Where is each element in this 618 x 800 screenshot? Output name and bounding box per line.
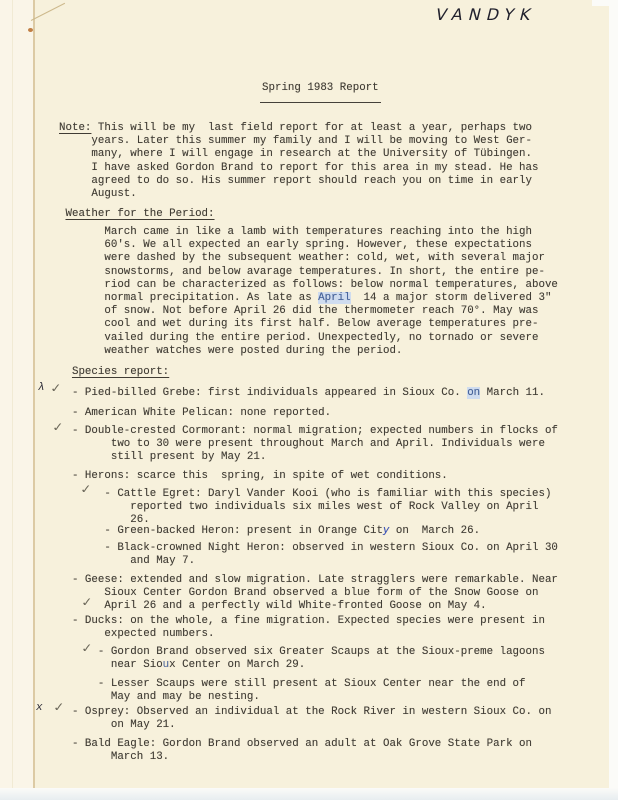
note-paragraph-segment-u: Note: [59, 122, 91, 134]
paper-scratch-mark [31, 3, 65, 21]
handwritten-name: VANDYK [434, 5, 539, 24]
scanner-edge-bottom [0, 788, 618, 800]
species-osprey-line: on May 21. [59, 719, 551, 732]
species-ducks: - Ducks: on the whole, a fine migration.… [59, 615, 545, 641]
pencil-mark-icon: ✓ [52, 420, 63, 436]
species-geese-line: Sioux Center Gordon Brand observed a blu… [59, 587, 558, 600]
species-pied-billed-grebe-segment: - Pied-billed Grebe: first individuals a… [59, 387, 467, 399]
note-paragraph-line: I have asked Gordon Brand to report for … [59, 162, 538, 175]
species-bald-eagle: - Bald Eagle: Gordon Brand observed an a… [59, 738, 532, 764]
note-paragraph-line: agreed to do so. His summer report shoul… [59, 175, 538, 188]
pencil-mark-icon: ✓ [53, 700, 64, 716]
species-double-crested-cormorant-segment: still present by May 21. [59, 451, 266, 463]
species-black-crowned-night-heron-line: and May 7. [59, 555, 558, 568]
weather-paragraph-segment: 60's. We all expected an early spring. H… [59, 239, 532, 251]
species-herons-segment: - Herons: scarce this spring, in spite o… [59, 470, 448, 482]
species-osprey-segment: on May 21. [59, 719, 176, 731]
species-heading-line: Species report: [59, 366, 169, 379]
species-double-crested-cormorant-line: - Double-crested Cormorant: normal migra… [59, 425, 558, 438]
species-green-backed-heron-line: - Green-backed Heron: present in Orange … [59, 523, 480, 536]
species-geese: - Geese: extended and slow migration. La… [59, 574, 558, 614]
species-black-crowned-night-heron-segment: - Black-crowned Night Heron: observed in… [59, 542, 558, 554]
species-geese-segment: April 26 and a perfectly wild White-fron… [59, 600, 487, 612]
weather-paragraph-line: riod can be characterized as follows: be… [59, 279, 558, 292]
weather-paragraph-segment: March came in like a lamb with temperatu… [59, 226, 532, 238]
species-ducks-segment: expected numbers. [59, 628, 215, 640]
species-bald-eagle-segment: - Bald Eagle: Gordon Brand observed an a… [59, 738, 532, 750]
note-paragraph-segment: years. Later this summer my family and I… [59, 135, 532, 147]
species-geese-line: April 26 and a perfectly wild White-fron… [59, 600, 558, 613]
weather-paragraph-segment: weather watches were posted during the p… [59, 345, 402, 357]
scanner-edge-top-right [592, 0, 618, 6]
note-paragraph-segment: This will be my last field report for at… [91, 122, 532, 134]
weather-paragraph-line: of snow. Not before April 26 did the the… [59, 305, 558, 318]
weather-paragraph-segment: vailed during the entire period. Unexpec… [59, 332, 538, 344]
species-american-white-pelican-segment: - American White Pelican: none reported. [59, 407, 331, 419]
note-paragraph-line: many, where I will engage in research at… [59, 148, 538, 161]
pencil-mark-icon: ✓ [80, 482, 91, 498]
species-bald-eagle-line: March 13. [59, 751, 532, 764]
species-bald-eagle-line: - Bald Eagle: Gordon Brand observed an a… [59, 738, 532, 751]
species-pied-billed-grebe-segment-bluepatch: on [467, 387, 480, 399]
weather-heading-line: Weather for the Period: [59, 208, 215, 221]
species-ducks-line: - Ducks: on the whole, a fine migration.… [59, 615, 545, 628]
pencil-mark-icon: ✓ [81, 595, 92, 611]
weather-paragraph-segment: normal precipitation. As late as [59, 292, 318, 304]
species-black-crowned-night-heron-line: - Black-crowned Night Heron: observed in… [59, 542, 558, 555]
species-lesser-scaups-segment: May and may be nesting. [59, 691, 260, 703]
species-black-crowned-night-heron: - Black-crowned Night Heron: observed in… [59, 542, 558, 568]
species-cattle-egret-segment: reported two individuals six miles west … [59, 501, 538, 513]
weather-paragraph-segment: riod can be characterized as follows: be… [59, 279, 558, 291]
report-title: Spring 1983 Report [260, 82, 381, 103]
weather-paragraph-segment: of snow. Not before April 26 did the the… [59, 305, 538, 317]
note-paragraph-line: years. Later this summer my family and I… [59, 135, 538, 148]
weather-paragraph-line: 60's. We all expected an early spring. H… [59, 239, 558, 252]
species-geese-segment: - Geese: extended and slow migration. La… [59, 574, 558, 586]
species-cattle-egret-segment: - Cattle Egret: Daryl Vander Kooi (who i… [59, 488, 551, 500]
pencil-mark-icon: ✓ [81, 641, 92, 657]
note-paragraph: Note: This will be my last field report … [59, 122, 538, 201]
species-osprey-line: - Osprey: Observed an individual at the … [59, 706, 551, 719]
species-ducks-line: expected numbers. [59, 628, 545, 641]
weather-paragraph-line: March came in like a lamb with temperatu… [59, 226, 558, 239]
species-double-crested-cormorant-line: still present by May 21. [59, 451, 558, 464]
species-ducks-segment: - Ducks: on the whole, a fine migration.… [59, 615, 545, 627]
note-paragraph-segment: agreed to do so. His summer report shoul… [59, 175, 532, 187]
species-osprey: - Osprey: Observed an individual at the … [59, 706, 551, 732]
species-green-backed-heron-segment: - Green-backed Heron: present in Orange … [59, 525, 383, 537]
species-cattle-egret-line: - Cattle Egret: Daryl Vander Kooi (who i… [59, 488, 551, 501]
paper-stain [28, 28, 33, 32]
paper-crease-line [33, 0, 35, 788]
species-black-crowned-night-heron-segment: and May 7. [59, 555, 195, 567]
paper-crease-faint [12, 0, 13, 788]
species-pied-billed-grebe-segment: March 11. [480, 387, 545, 399]
species-double-crested-cormorant: - Double-crested Cormorant: normal migra… [59, 425, 558, 465]
species-american-white-pelican: - American White Pelican: none reported. [59, 407, 331, 420]
species-geese-line: - Geese: extended and slow migration. La… [59, 574, 558, 587]
species-lesser-scaups-segment: - Lesser Scaups were still present at Si… [59, 678, 526, 690]
weather-paragraph-segment-bluepatch: April [318, 292, 350, 304]
pen-mark-icon: x [36, 702, 43, 714]
species-green-backed-heron: - Green-backed Heron: present in Orange … [59, 523, 480, 536]
weather-paragraph-line: were dashed by the subsequent weather: c… [59, 252, 558, 265]
species-osprey-segment: - Osprey: Observed an individual at the … [59, 706, 551, 718]
species-double-crested-cormorant-line: two to 30 were present throughout March … [59, 438, 558, 451]
scanner-edge-right [609, 0, 618, 800]
weather-paragraph-line: normal precipitation. As late as April 1… [59, 292, 558, 305]
weather-paragraph-segment: were dashed by the subsequent weather: c… [59, 252, 545, 264]
note-paragraph-line: Note: This will be my last field report … [59, 122, 538, 135]
species-geese-segment: Sioux Center Gordon Brand observed a blu… [59, 587, 538, 599]
pencil-mark-icon: ✓ [50, 381, 61, 397]
note-paragraph-segment: many, where I will engage in research at… [59, 148, 532, 160]
species-greater-scaups: - Gordon Brand observed six Greater Scau… [59, 646, 545, 672]
paper-left-margin-strip [0, 0, 34, 788]
species-greater-scaups-segment: - Gordon Brand observed six Greater Scau… [59, 646, 545, 658]
weather-paragraph-segment: cool and wet during its first half. Belo… [59, 318, 538, 330]
weather-paragraph-line: weather watches were posted during the p… [59, 345, 558, 358]
species-american-white-pelican-line: - American White Pelican: none reported. [59, 407, 331, 420]
species-lesser-scaups-line: - Lesser Scaups were still present at Si… [59, 678, 526, 691]
species-double-crested-cormorant-segment: two to 30 were present throughout March … [59, 438, 545, 450]
species-greater-scaups-line: near Sioux Center on March 29. [59, 659, 545, 672]
note-paragraph-segment: August. [59, 188, 137, 200]
weather-paragraph-segment: snowstorms, and below avarage temperatur… [59, 266, 545, 278]
weather-paragraph-line: vailed during the entire period. Unexpec… [59, 332, 558, 345]
weather-paragraph-line: cool and wet during its first half. Belo… [59, 318, 558, 331]
species-greater-scaups-segment: near Sio [59, 659, 163, 671]
species-lesser-scaups: - Lesser Scaups were still present at Si… [59, 678, 526, 704]
weather-paragraph-line: snowstorms, and below avarage temperatur… [59, 266, 558, 279]
species-pied-billed-grebe-line: - Pied-billed Grebe: first individuals a… [59, 387, 545, 400]
paper-sheet: VANDYK Spring 1983 Report Note: This wil… [0, 0, 609, 788]
species-heading: Species report: [59, 366, 169, 379]
species-herons-line: - Herons: scarce this spring, in spite o… [59, 470, 448, 483]
note-paragraph-segment: I have asked Gordon Brand to report for … [59, 162, 538, 174]
species-double-crested-cormorant-segment: - Double-crested Cormorant: normal migra… [59, 425, 558, 437]
pen-mark-icon: λ [38, 382, 45, 394]
species-herons: - Herons: scarce this spring, in spite o… [59, 470, 448, 483]
species-pied-billed-grebe: - Pied-billed Grebe: first individuals a… [59, 387, 545, 400]
weather-paragraph-segment: 14 a major storm delivered 3" [351, 292, 552, 304]
weather-heading: Weather for the Period: [59, 208, 215, 221]
species-greater-scaups-segment: x Center on March 29. [169, 659, 305, 671]
species-cattle-egret-line: reported two individuals six miles west … [59, 501, 551, 514]
species-bald-eagle-segment: March 13. [59, 751, 169, 763]
species-heading-segment [59, 366, 72, 378]
scanned-document-page: VANDYK Spring 1983 Report Note: This wil… [0, 0, 618, 800]
species-lesser-scaups-line: May and may be nesting. [59, 691, 526, 704]
species-green-backed-heron-segment: on March 26. [389, 525, 480, 537]
species-heading-segment-u: Species report: [72, 366, 169, 378]
note-paragraph-line: August. [59, 188, 538, 201]
weather-paragraph: March came in like a lamb with temperatu… [59, 226, 558, 358]
species-cattle-egret: - Cattle Egret: Daryl Vander Kooi (who i… [59, 488, 551, 528]
weather-heading-segment-u: Weather for the Period: [65, 208, 214, 220]
species-greater-scaups-line: - Gordon Brand observed six Greater Scau… [59, 646, 545, 659]
